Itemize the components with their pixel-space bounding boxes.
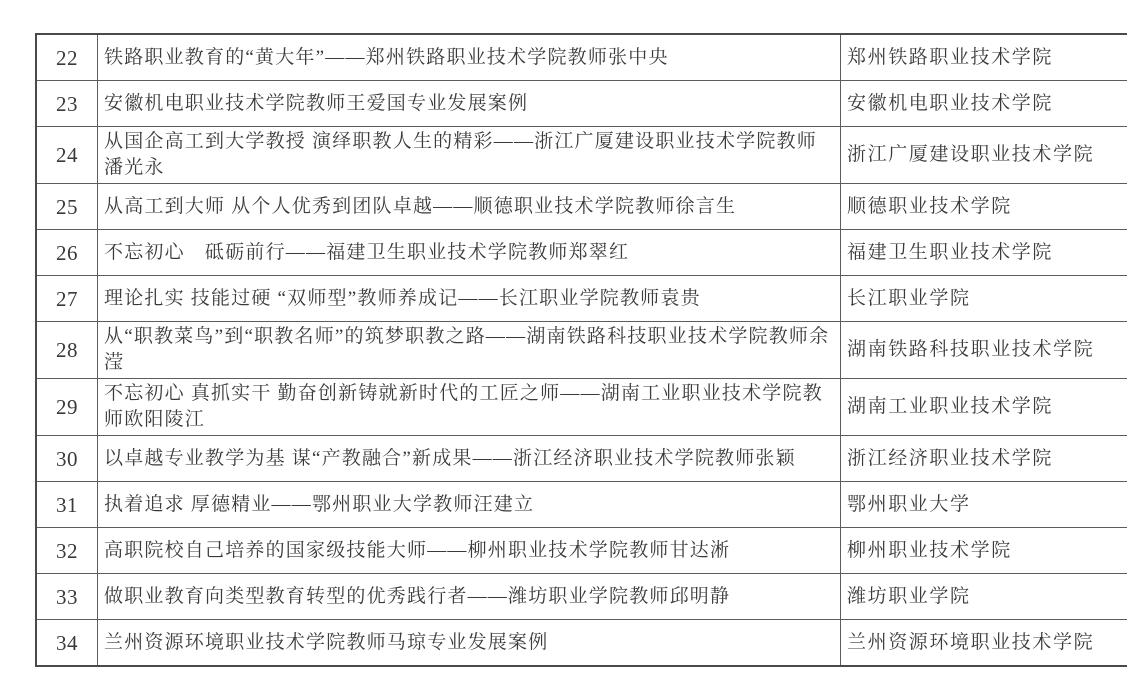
row-number-cell: 26	[36, 230, 98, 276]
row-number-cell: 28	[36, 322, 98, 379]
table-row: 25从高工到大师 从个人优秀到团队卓越——顺德职业技术学院教师徐言生顺德职业技术…	[36, 184, 1127, 230]
table-row: 22铁路职业教育的“黄大年”——郑州铁路职业技术学院教师张中央郑州铁路职业技术学…	[36, 34, 1127, 81]
row-number-cell: 30	[36, 436, 98, 482]
case-title-cell: 兰州资源环境职业技术学院教师马琼专业发展案例	[98, 620, 841, 667]
table-row: 28从“职教菜鸟”到“职教名师”的筑梦职教之路——湖南铁路科技职业技术学院教师余…	[36, 322, 1127, 379]
institution-cell: 鄂州职业大学	[841, 482, 1127, 528]
institution-cell: 柳州职业技术学院	[841, 528, 1127, 574]
case-title-cell: 不忘初心 真抓实干 勤奋创新铸就新时代的工匠之师——湖南工业职业技术学院教师欧阳…	[98, 379, 841, 436]
case-title-cell: 从高工到大师 从个人优秀到团队卓越——顺德职业技术学院教师徐言生	[98, 184, 841, 230]
row-number-cell: 27	[36, 276, 98, 322]
table-row: 23安徽机电职业技术学院教师王爱国专业发展案例安徽机电职业技术学院	[36, 81, 1127, 127]
institution-cell: 安徽机电职业技术学院	[841, 81, 1127, 127]
institution-cell: 湖南铁路科技职业技术学院	[841, 322, 1127, 379]
case-title-cell: 做职业教育向类型教育转型的优秀践行者——潍坊职业学院教师邱明静	[98, 574, 841, 620]
case-title-cell: 从“职教菜鸟”到“职教名师”的筑梦职教之路——湖南铁路科技职业技术学院教师余滢	[98, 322, 841, 379]
case-title-cell: 不忘初心 砥砺前行——福建卫生职业技术学院教师郑翠红	[98, 230, 841, 276]
table-row: 30以卓越专业教学为基 谋“产教融合”新成果——浙江经济职业技术学院教师张颖浙江…	[36, 436, 1127, 482]
case-title-cell: 以卓越专业教学为基 谋“产教融合”新成果——浙江经济职业技术学院教师张颖	[98, 436, 841, 482]
teacher-case-table: 22铁路职业教育的“黄大年”——郑州铁路职业技术学院教师张中央郑州铁路职业技术学…	[35, 33, 1127, 667]
table-row: 29不忘初心 真抓实干 勤奋创新铸就新时代的工匠之师——湖南工业职业技术学院教师…	[36, 379, 1127, 436]
row-number-cell: 34	[36, 620, 98, 667]
table-row: 34兰州资源环境职业技术学院教师马琼专业发展案例兰州资源环境职业技术学院	[36, 620, 1127, 667]
table-row: 32高职院校自己培养的国家级技能大师——柳州职业技术学院教师甘达淅柳州职业技术学…	[36, 528, 1127, 574]
table-row: 33做职业教育向类型教育转型的优秀践行者——潍坊职业学院教师邱明静潍坊职业学院	[36, 574, 1127, 620]
row-number-cell: 25	[36, 184, 98, 230]
row-number-cell: 29	[36, 379, 98, 436]
case-title-cell: 理论扎实 技能过硬 “双师型”教师养成记——长江职业学院教师袁贵	[98, 276, 841, 322]
row-number-cell: 23	[36, 81, 98, 127]
case-title-cell: 高职院校自己培养的国家级技能大师——柳州职业技术学院教师甘达淅	[98, 528, 841, 574]
document-page: 22铁路职业教育的“黄大年”——郑州铁路职业技术学院教师张中央郑州铁路职业技术学…	[0, 0, 1127, 675]
row-number-cell: 32	[36, 528, 98, 574]
institution-cell: 顺德职业技术学院	[841, 184, 1127, 230]
case-title-cell: 从国企高工到大学教授 演绎职教人生的精彩——浙江广厦建设职业技术学院教师潘光永	[98, 127, 841, 184]
case-title-cell: 铁路职业教育的“黄大年”——郑州铁路职业技术学院教师张中央	[98, 34, 841, 81]
institution-cell: 潍坊职业学院	[841, 574, 1127, 620]
institution-cell: 兰州资源环境职业技术学院	[841, 620, 1127, 667]
institution-cell: 郑州铁路职业技术学院	[841, 34, 1127, 81]
institution-cell: 浙江广厦建设职业技术学院	[841, 127, 1127, 184]
row-number-cell: 22	[36, 34, 98, 81]
case-title-cell: 安徽机电职业技术学院教师王爱国专业发展案例	[98, 81, 841, 127]
row-number-cell: 24	[36, 127, 98, 184]
institution-cell: 湖南工业职业技术学院	[841, 379, 1127, 436]
table-row: 24从国企高工到大学教授 演绎职教人生的精彩——浙江广厦建设职业技术学院教师潘光…	[36, 127, 1127, 184]
table-row: 27理论扎实 技能过硬 “双师型”教师养成记——长江职业学院教师袁贵长江职业学院	[36, 276, 1127, 322]
institution-cell: 福建卫生职业技术学院	[841, 230, 1127, 276]
row-number-cell: 31	[36, 482, 98, 528]
case-title-cell: 执着追求 厚德精业——鄂州职业大学教师汪建立	[98, 482, 841, 528]
case-table-body: 22铁路职业教育的“黄大年”——郑州铁路职业技术学院教师张中央郑州铁路职业技术学…	[36, 34, 1127, 666]
table-row: 26不忘初心 砥砺前行——福建卫生职业技术学院教师郑翠红福建卫生职业技术学院	[36, 230, 1127, 276]
table-row: 31执着追求 厚德精业——鄂州职业大学教师汪建立鄂州职业大学	[36, 482, 1127, 528]
institution-cell: 长江职业学院	[841, 276, 1127, 322]
row-number-cell: 33	[36, 574, 98, 620]
institution-cell: 浙江经济职业技术学院	[841, 436, 1127, 482]
